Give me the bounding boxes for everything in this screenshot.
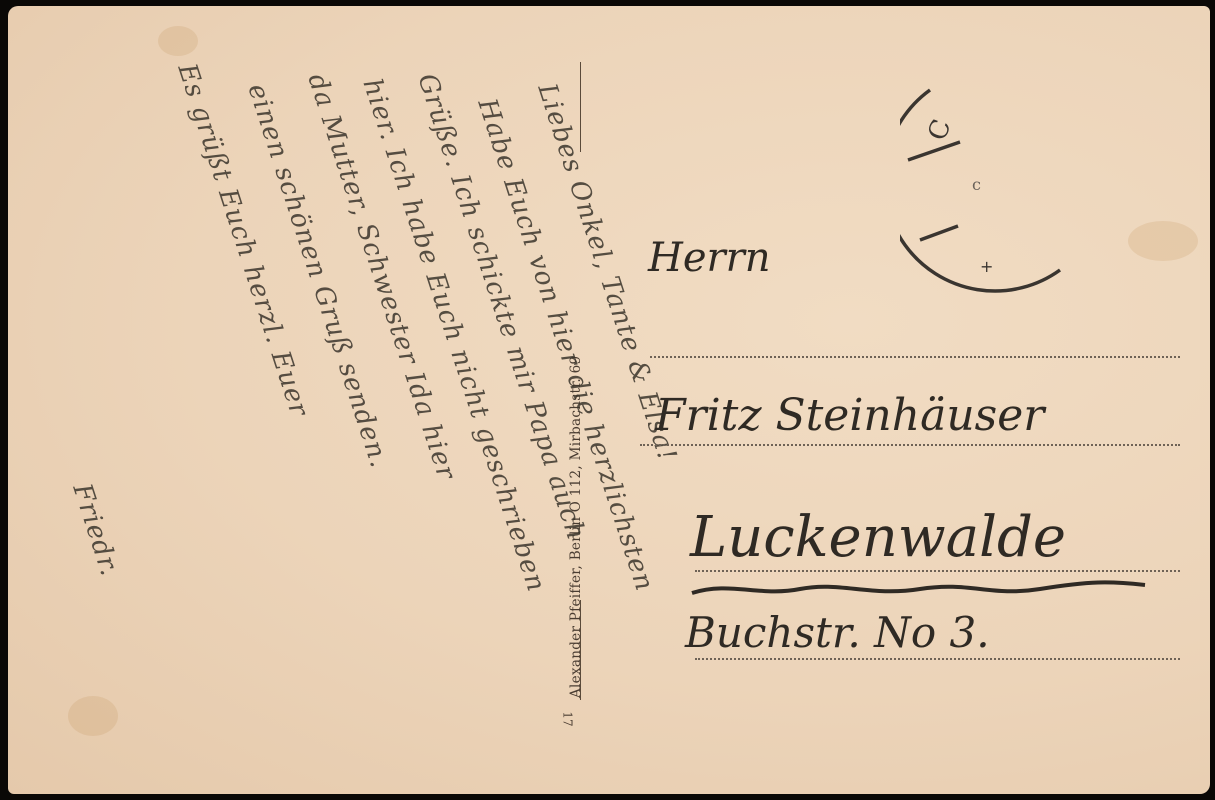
address-street: Buchstr. No 3. xyxy=(685,608,990,657)
paper-stain xyxy=(158,26,198,56)
address-line xyxy=(695,658,1180,660)
address-city: Luckenwalde xyxy=(690,505,1066,570)
address-salutation: Herrn xyxy=(648,235,771,281)
divider-line xyxy=(580,62,581,152)
address-name: Fritz Steinhäuser xyxy=(655,390,1044,441)
svg-text:c: c xyxy=(972,175,981,194)
address-line xyxy=(650,356,1180,358)
address-line xyxy=(640,444,1180,446)
underline-squiggle-icon xyxy=(690,575,1150,605)
paper-stain xyxy=(1128,221,1198,261)
svg-text:C: C xyxy=(922,116,957,145)
address-line xyxy=(695,570,1180,572)
svg-text:+: + xyxy=(980,257,993,276)
paper-stain xyxy=(68,696,118,736)
postmark-stamp-icon: C c + xyxy=(900,80,1120,300)
print-number: 17 xyxy=(561,711,575,726)
